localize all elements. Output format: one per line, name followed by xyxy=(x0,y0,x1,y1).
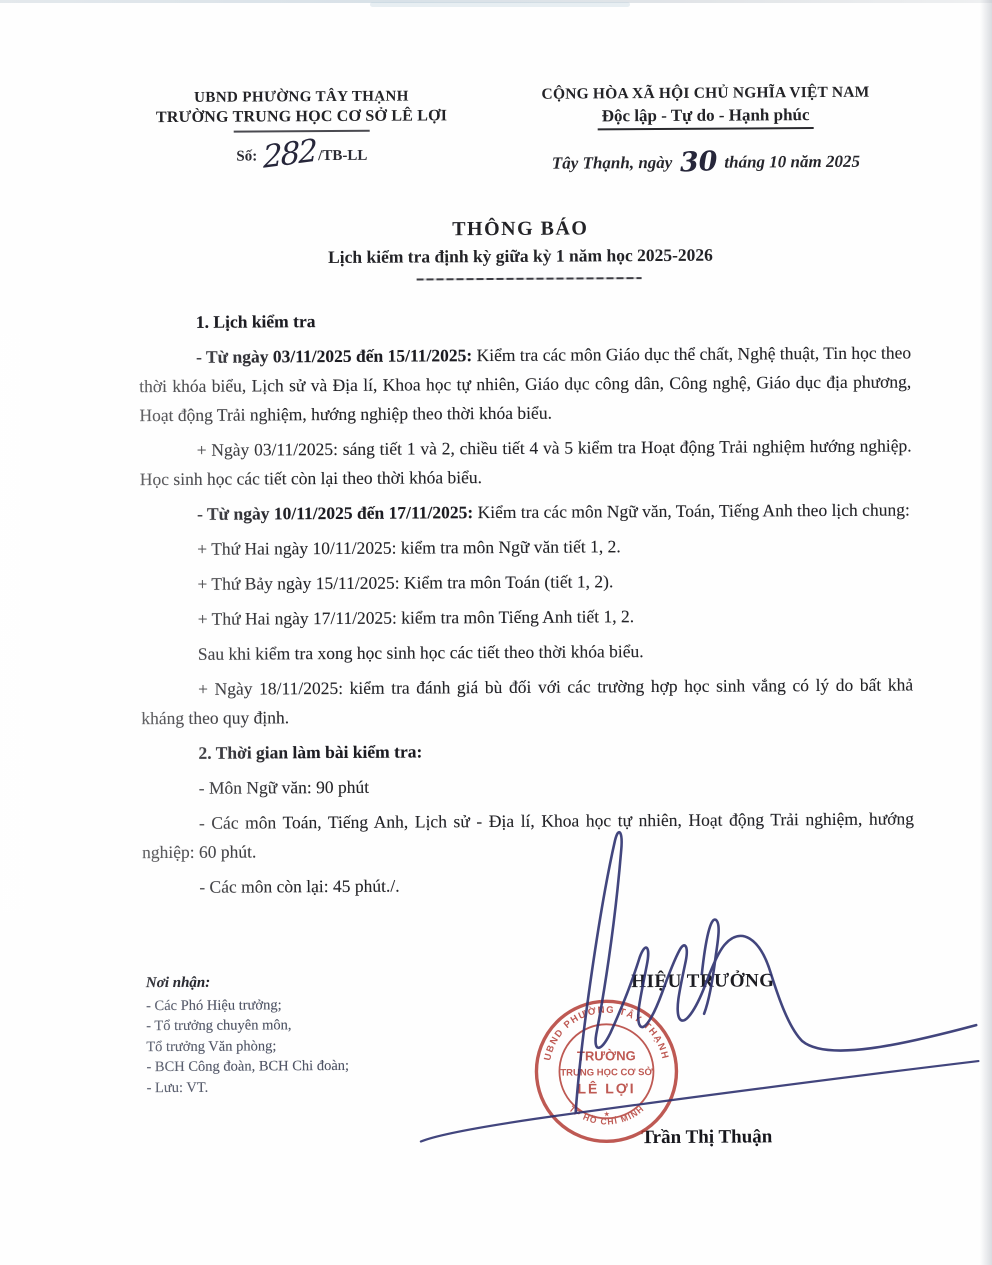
title-block: THÔNG BÁO Lịch kiểm tra định kỳ giữa kỳ … xyxy=(50,215,990,270)
paragraph-text: + Thứ Bảy ngày 15/11/2025: Kiểm tra môn … xyxy=(197,571,613,594)
document-number: Số: 282/TB-LL xyxy=(116,147,488,166)
paragraph-text: - Môn Ngữ văn: 90 phút xyxy=(199,777,370,798)
paragraph: Sau khi kiểm tra xong học sinh học các t… xyxy=(141,635,913,669)
paragraph-text: + Ngày 03/11/2025: sáng tiết 1 và 2, chi… xyxy=(140,435,912,489)
issue-date-day-handwritten: 30 xyxy=(676,146,721,179)
section-heading: 1. Lịch kiểm tra xyxy=(139,303,911,337)
national-motto-line2: Độc lập - Tự do - Hạnh phúc xyxy=(598,105,814,130)
paragraph-text: Sau khi kiểm tra xong học sinh học các t… xyxy=(198,641,644,664)
paragraph: - Môn Ngữ văn: 90 phút xyxy=(142,769,914,803)
paragraph-lead: - Từ ngày 03/11/2025 đến 15/11/2025: xyxy=(196,345,472,367)
paragraph: - Từ ngày 03/11/2025 đến 15/11/2025: Kiể… xyxy=(139,338,912,430)
doc-title: THÔNG BÁO xyxy=(50,215,990,244)
issuing-authority: UBND PHƯỜNG TÂY THẠNH xyxy=(115,88,487,107)
paragraph-lead: 1. Lịch kiểm tra xyxy=(196,311,316,332)
paragraph: + Ngày 18/11/2025: kiểm tra đánh giá bù … xyxy=(141,670,913,733)
paragraph: + Thứ Bảy ngày 15/11/2025: Kiểm tra môn … xyxy=(140,565,912,599)
school-name-underline xyxy=(234,130,370,133)
paragraph: + Thứ Hai ngày 10/11/2025: kiểm tra môn … xyxy=(140,530,912,564)
paragraph-lead: 2. Thời gian làm bài kiểm tra: xyxy=(198,741,422,762)
paragraph: + Thứ Hai ngày 17/11/2025: kiểm tra môn … xyxy=(141,600,913,634)
header-left: UBND PHƯỜNG TÂY THẠNH TRƯỜNG TRUNG HỌC C… xyxy=(115,88,487,166)
doc-subtitle: Lịch kiểm tra định kỳ giữa kỳ 1 năm học … xyxy=(50,243,990,270)
paragraph-lead: - Từ ngày 10/11/2025 đến 17/11/2025: xyxy=(197,502,473,524)
issue-date-suffix: tháng 10 năm 2025 xyxy=(724,152,860,172)
paragraph-text: - Các môn còn lại: 45 phút./. xyxy=(199,876,399,897)
issue-date-prefix: Tây Thạnh, ngày xyxy=(552,153,673,173)
section-heading: 2. Thời gian làm bài kiểm tra: xyxy=(141,734,913,768)
issue-date: Tây Thạnh, ngày 30 tháng 10 năm 2025 xyxy=(484,142,928,176)
paragraph-text: + Ngày 18/11/2025: kiểm tra đánh giá bù … xyxy=(141,674,913,728)
signature-second-stroke xyxy=(702,920,720,1014)
document-number-suffix: /TB-LL xyxy=(318,148,367,164)
document-number-label: Số: xyxy=(236,148,257,164)
header-right: CỘNG HÒA XÃ HỘI CHỦ NGHĨA VIỆT NAM Độc l… xyxy=(483,83,928,176)
paragraph-text: Kiểm tra các môn Ngữ văn, Toán, Tiếng An… xyxy=(473,499,910,522)
document-number-handwritten: 282 xyxy=(261,151,318,158)
signature-underline xyxy=(420,1061,978,1141)
doc-subtitle-underline xyxy=(417,277,642,280)
signature-ink xyxy=(402,815,992,1164)
paragraph-text: + Thứ Hai ngày 17/11/2025: kiểm tra môn … xyxy=(198,606,635,629)
paragraph: + Ngày 03/11/2025: sáng tiết 1 và 2, chi… xyxy=(140,431,912,494)
school-name: TRƯỜNG TRUNG HỌC CƠ SỞ LÊ LỢI xyxy=(116,107,488,127)
document-page: UBND PHƯỜNG TÂY THẠNH TRƯỜNG TRUNG HỌC C… xyxy=(0,0,992,1265)
paragraph: - Từ ngày 10/11/2025 đến 17/11/2025: Kiể… xyxy=(140,495,912,529)
paragraph-text: + Thứ Hai ngày 10/11/2025: kiểm tra môn … xyxy=(197,536,621,559)
national-motto-line1: CỘNG HÒA XÃ HỘI CHỦ NGHĨA VIỆT NAM xyxy=(483,83,927,104)
